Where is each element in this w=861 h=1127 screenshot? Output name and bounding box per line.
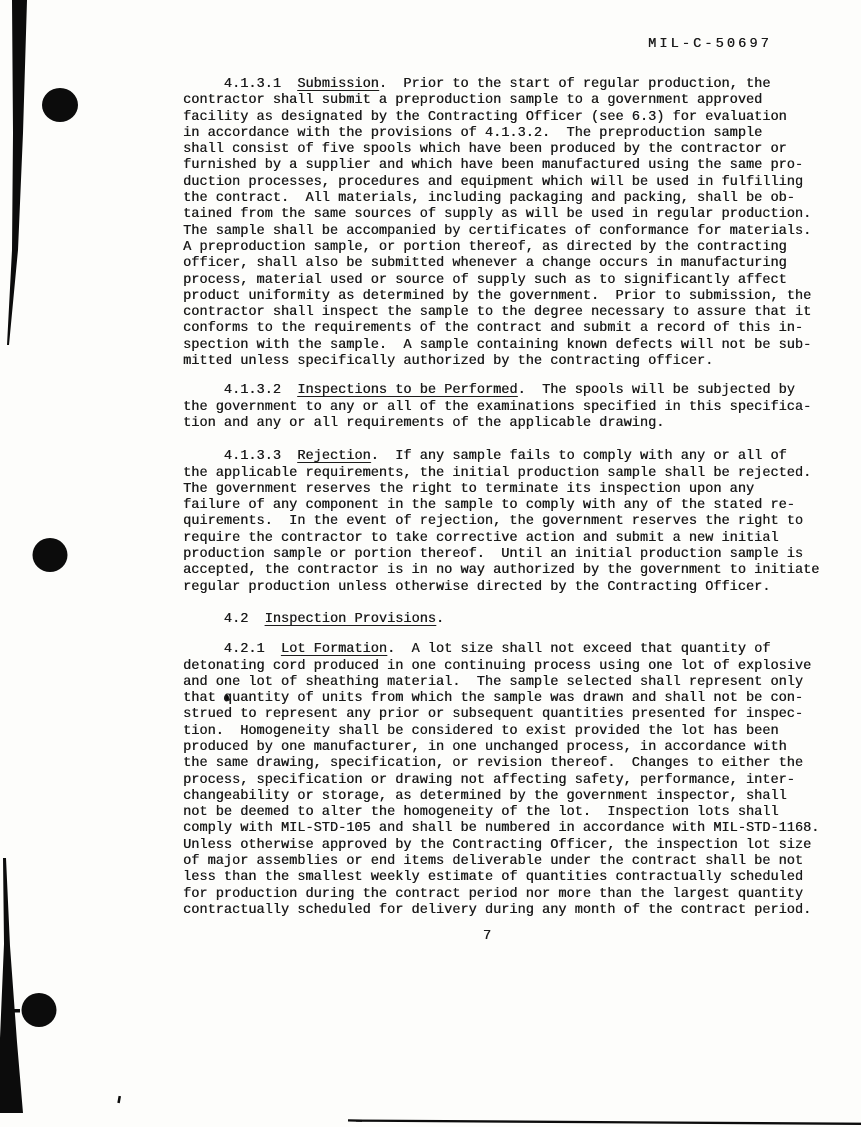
- hole-punch-top: [42, 88, 78, 122]
- para-gap: [281, 77, 297, 92]
- para-indent: [183, 642, 224, 657]
- document-page: MIL-C-50697 4.1.3.1 Submission. Prior to…: [0, 0, 861, 1127]
- doc-number: MIL-C-50697: [648, 37, 772, 53]
- page-number: 7: [183, 929, 791, 945]
- hole-punch-bottom: [22, 993, 57, 1027]
- paragraph-submission: 4.1.3.1 Submission. Prior to the start o…: [183, 77, 861, 370]
- para-text: . Prior to the start of regular producti…: [183, 77, 811, 369]
- hole-punch-middle: [33, 538, 68, 572]
- section-title: Rejection: [297, 449, 370, 464]
- para-text: . If any sample fails to comply with any…: [183, 449, 819, 594]
- ink-speck-apostrophe: [117, 1096, 121, 1103]
- section-title: Lot Formation: [281, 642, 387, 657]
- paragraph-rejection: 4.1.3.3 Rejection. If any sample fails t…: [183, 449, 861, 596]
- section-number: 4.2.1: [224, 642, 265, 657]
- para-indent: [183, 449, 224, 464]
- paragraph-inspections-to-be-performed: 4.1.3.2 Inspections to be Performed. The…: [183, 383, 861, 432]
- section-number: 4.1.3.1: [224, 77, 281, 92]
- section-number: 4.1.3.2: [224, 383, 281, 398]
- para-gap: [281, 383, 297, 398]
- para-gap: [265, 642, 281, 657]
- scan-line-bottom: [356, 1121, 861, 1124]
- section-number: 4.1.3.3: [224, 449, 281, 464]
- section-title: Inspection Provisions: [265, 612, 436, 627]
- section-title: Inspections to be Performed: [297, 383, 517, 398]
- para-indent: [183, 612, 224, 627]
- para-indent: [183, 383, 224, 398]
- para-gap: [281, 449, 297, 464]
- scan-edge-bottom-wedge: [0, 858, 23, 1113]
- section-number: 4.2: [224, 612, 248, 627]
- para-gap: [248, 612, 264, 627]
- para-text: .: [436, 612, 444, 627]
- heading-inspection-provisions: 4.2 Inspection Provisions.: [183, 612, 861, 628]
- section-title: Submission: [297, 77, 379, 92]
- paragraph-lot-formation: 4.2.1 Lot Formation. A lot size shall no…: [183, 642, 861, 919]
- para-text: . A lot size shall not exceed that quant…: [183, 642, 819, 918]
- scan-edge-top-bar: [7, 0, 27, 345]
- ink-dash-mark: [12, 1009, 20, 1013]
- document-body: 4.1.3.1 Submission. Prior to the start o…: [183, 77, 861, 919]
- para-indent: [183, 77, 224, 92]
